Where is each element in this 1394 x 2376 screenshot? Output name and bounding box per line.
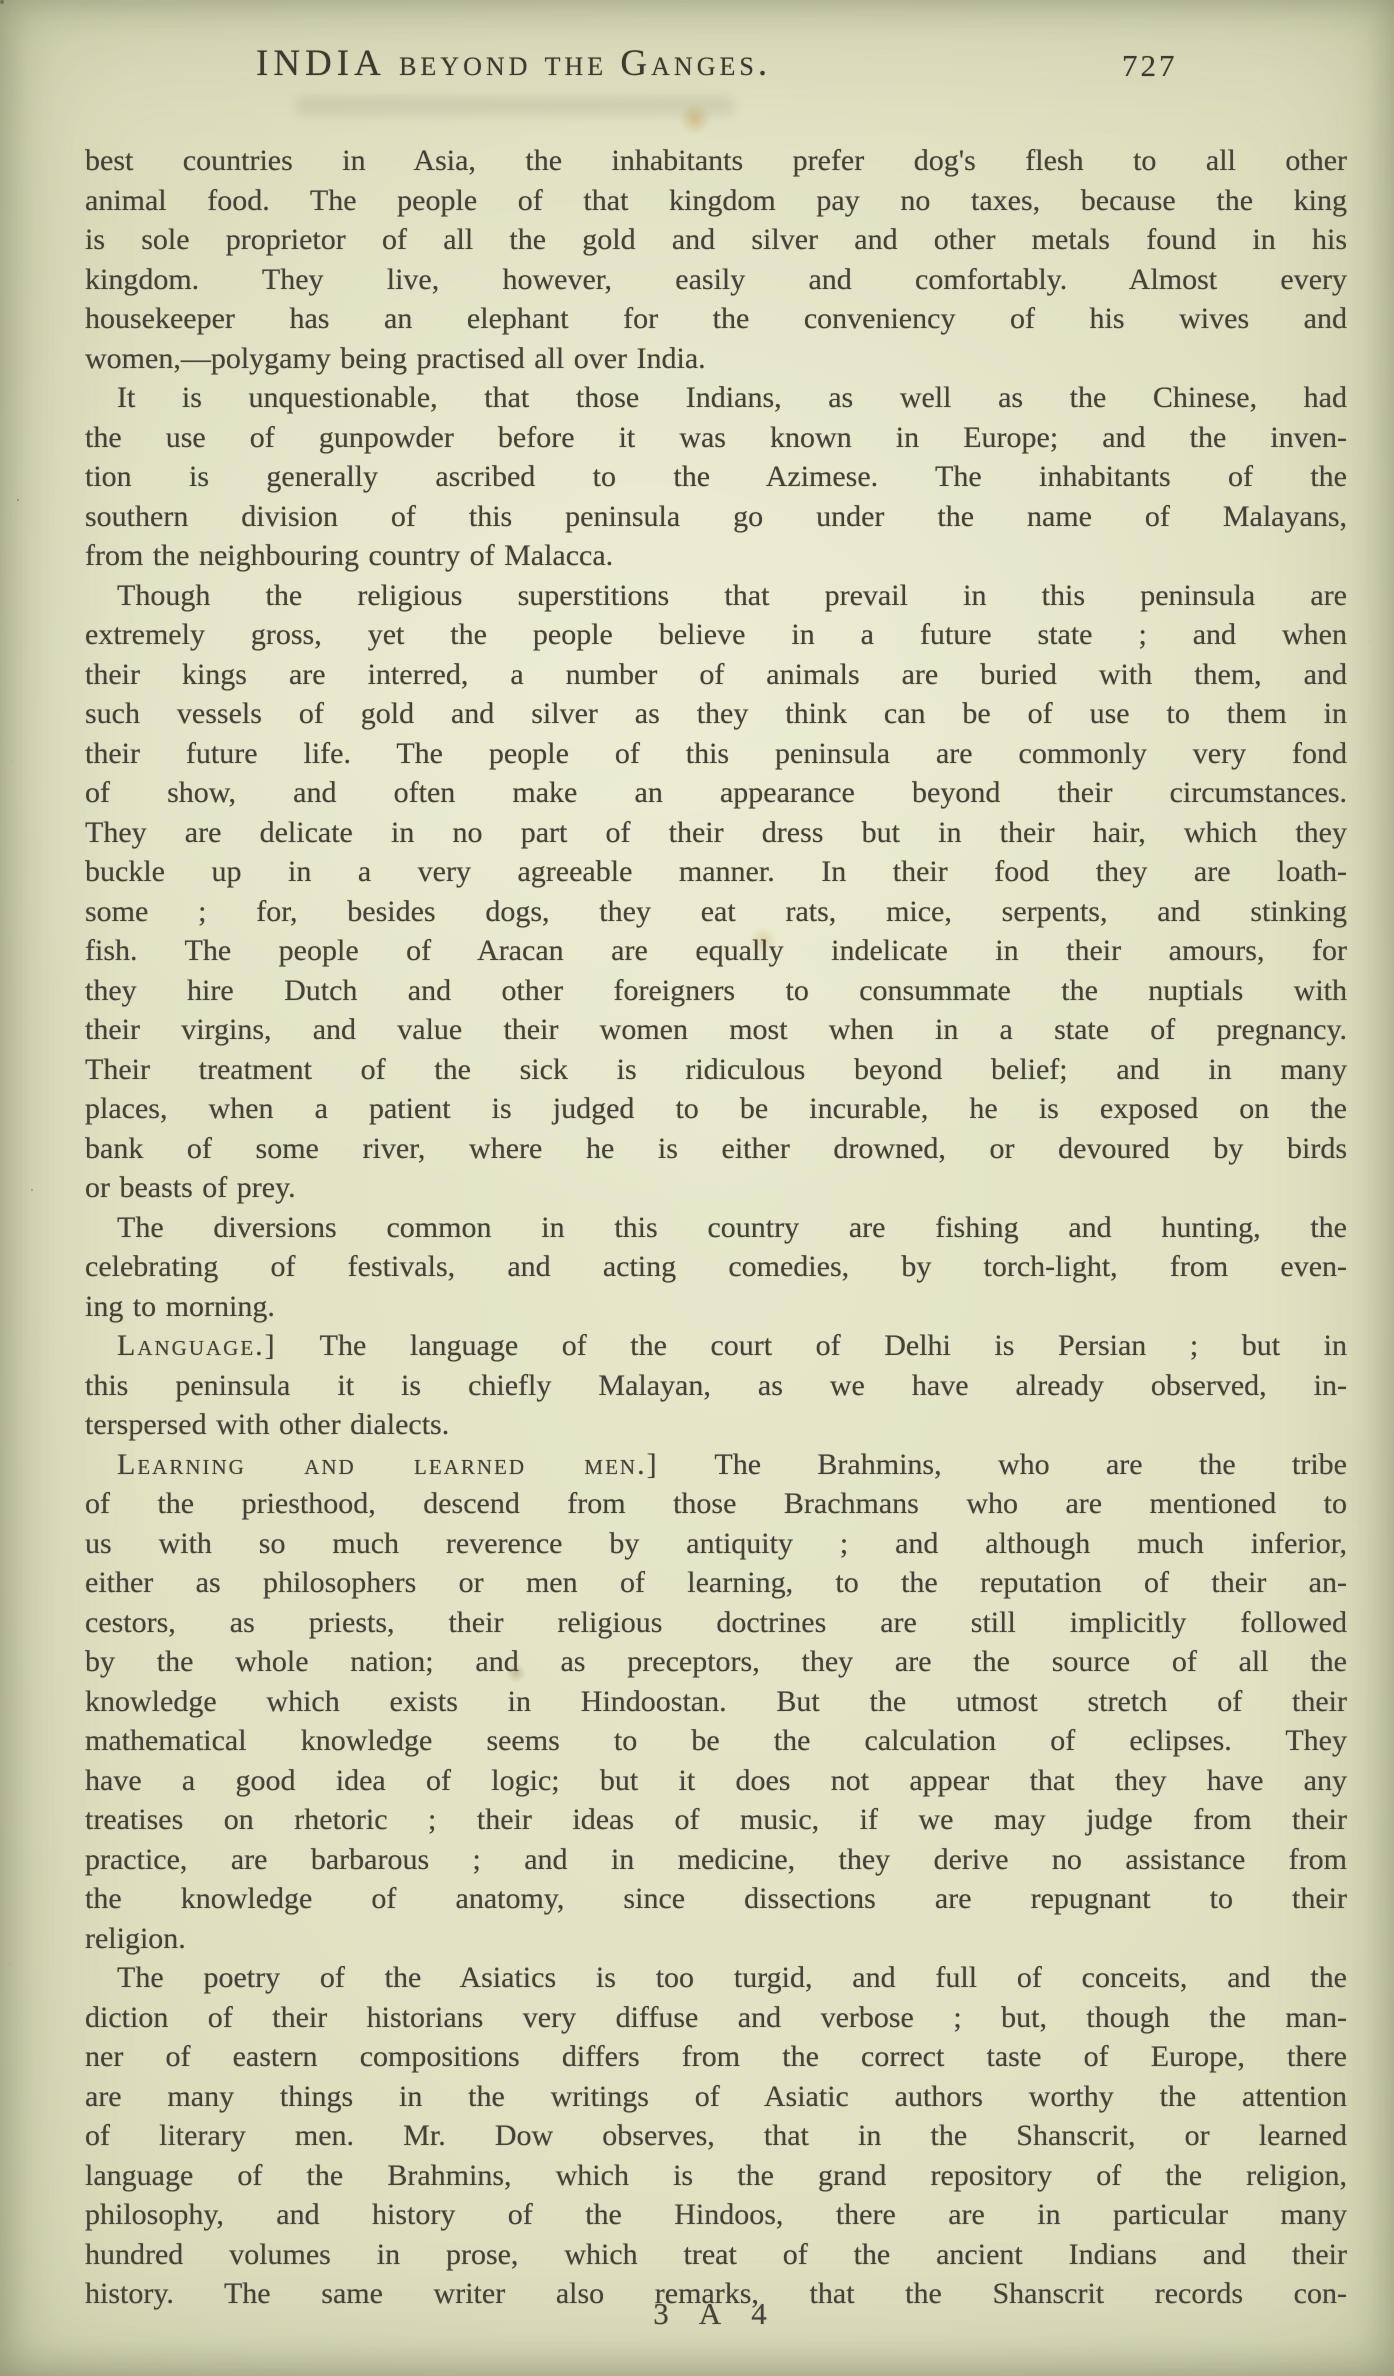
text-line: the knowledge of anatomy, since dissecti… [85, 1879, 1347, 1919]
paragraphs: best countries in Asia, the inhabitants … [85, 141, 1347, 2314]
text-line: their future life. The people of this pe… [85, 734, 1347, 774]
text-line: mathematical knowledge seems to be the c… [85, 1721, 1347, 1761]
text-line: they hire Dutch and other foreigners to … [85, 971, 1347, 1011]
running-head: INDIA beyond the Ganges. 727 [0, 40, 1394, 104]
text-line: places, when a patient is judged to be i… [85, 1089, 1347, 1129]
text-line: have a good idea of logic; but it does n… [85, 1761, 1347, 1801]
text-line: by the whole nation; and as preceptors, … [85, 1642, 1347, 1682]
text-line: fish. The people of Aracan are equally i… [85, 931, 1347, 971]
text-line: their virgins, and value their women mos… [85, 1010, 1347, 1050]
text-line: bank of some river, where he is either d… [85, 1129, 1347, 1169]
text-line: southern division of this peninsula go u… [85, 497, 1347, 537]
text-line: terspersed with other dialects. [85, 1405, 1347, 1445]
text-line: Learning and learned men.] The Brahmins,… [85, 1445, 1347, 1485]
text-line: Though the religious superstitions that … [85, 576, 1347, 616]
page-title-rest: beyond the Ganges. [386, 43, 771, 84]
text-line: animal food. The people of that kingdom … [85, 181, 1347, 221]
text-line: It is unquestionable, that those Indians… [85, 378, 1347, 418]
paragraph: Learning and learned men.] The Brahmins,… [85, 1445, 1347, 1959]
page-title: INDIA beyond the Ganges. [256, 42, 771, 85]
text-line: practice, are barbarous ; and in medicin… [85, 1840, 1347, 1880]
text-line: housekeeper has an elephant for the conv… [85, 299, 1347, 339]
text-line: us with so much reverence by antiquity ;… [85, 1524, 1347, 1564]
paragraph: Though the religious superstitions that … [85, 576, 1347, 1208]
paragraph: It is unquestionable, that those Indians… [85, 378, 1347, 576]
text-line: from the neighbouring country of Malacca… [85, 536, 1347, 576]
page-title-lead: INDIA [256, 43, 386, 84]
text-line: The diversions common in this country ar… [85, 1208, 1347, 1248]
text-line: celebrating of festivals, and acting com… [85, 1247, 1347, 1287]
text-line: extremely gross, yet the people believe … [85, 615, 1347, 655]
signature-mark: 3 A 4 [85, 2296, 1347, 2332]
paragraph: best countries in Asia, the inhabitants … [85, 141, 1347, 378]
text-line: or beasts of prey. [85, 1168, 1347, 1208]
text-line: the use of gunpowder before it was known… [85, 418, 1347, 458]
text-line: this peninsula it is chiefly Malayan, as… [85, 1366, 1347, 1406]
text-line: of the priesthood, descend from those Br… [85, 1484, 1347, 1524]
text-line: ing to morning. [85, 1287, 1347, 1327]
text-line: either as philosophers or men of learnin… [85, 1563, 1347, 1603]
text-line: treatises on rhetoric ; their ideas of m… [85, 1800, 1347, 1840]
text-line: kingdom. They live, however, easily and … [85, 260, 1347, 300]
text-line: best countries in Asia, the inhabitants … [85, 141, 1347, 181]
section-sidehead: Learning and learned men.] [117, 1448, 659, 1481]
text-line: of show, and often make an appearance be… [85, 773, 1347, 813]
text-line: language of the Brahmins, which is the g… [85, 2156, 1347, 2196]
book-page-scan: INDIA beyond the Ganges. 727 best countr… [0, 0, 1394, 2376]
text-line: such vessels of gold and silver as they … [85, 694, 1347, 734]
text-line: are many things in the writings of Asiat… [85, 2077, 1347, 2117]
text-line: diction of their historians very diffuse… [85, 1998, 1347, 2038]
text-line: buckle up in a very agreeable manner. In… [85, 852, 1347, 892]
text-line: knowledge which exists in Hindoostan. Bu… [85, 1682, 1347, 1722]
text-line: of literary men. Mr. Dow observes, that … [85, 2116, 1347, 2156]
text-line: The poetry of the Asiatics is too turgid… [85, 1958, 1347, 1998]
paragraph: The diversions common in this country ar… [85, 1208, 1347, 1327]
text-line: is sole proprietor of all the gold and s… [85, 220, 1347, 260]
section-sidehead: Language.] [117, 1329, 277, 1362]
text-line: hundred volumes in prose, which treat of… [85, 2235, 1347, 2275]
text-line: ner of eastern compositions differs from… [85, 2037, 1347, 2077]
text-line: Their treatment of the sick is ridiculou… [85, 1050, 1347, 1090]
text-line: some ; for, besides dogs, they eat rats,… [85, 892, 1347, 932]
text-line: Language.] The language of the court of … [85, 1326, 1347, 1366]
text-line: They are delicate in no part of their dr… [85, 813, 1347, 853]
text-line: philosophy, and history of the Hindoos, … [85, 2195, 1347, 2235]
paragraph: Language.] The language of the court of … [85, 1326, 1347, 1445]
paragraph: The poetry of the Asiatics is too turgid… [85, 1958, 1347, 2314]
body-text: best countries in Asia, the inhabitants … [85, 141, 1347, 2314]
text-line: their kings are interred, a number of an… [85, 655, 1347, 695]
text-line: women,—polygamy being practised all over… [85, 339, 1347, 379]
text-line: tion is generally ascribed to the Azimes… [85, 457, 1347, 497]
text-line: cestors, as priests, their religious doc… [85, 1603, 1347, 1643]
page-number: 727 [1122, 48, 1178, 84]
paper-stain [678, 104, 712, 134]
text-line: religion. [85, 1919, 1347, 1959]
